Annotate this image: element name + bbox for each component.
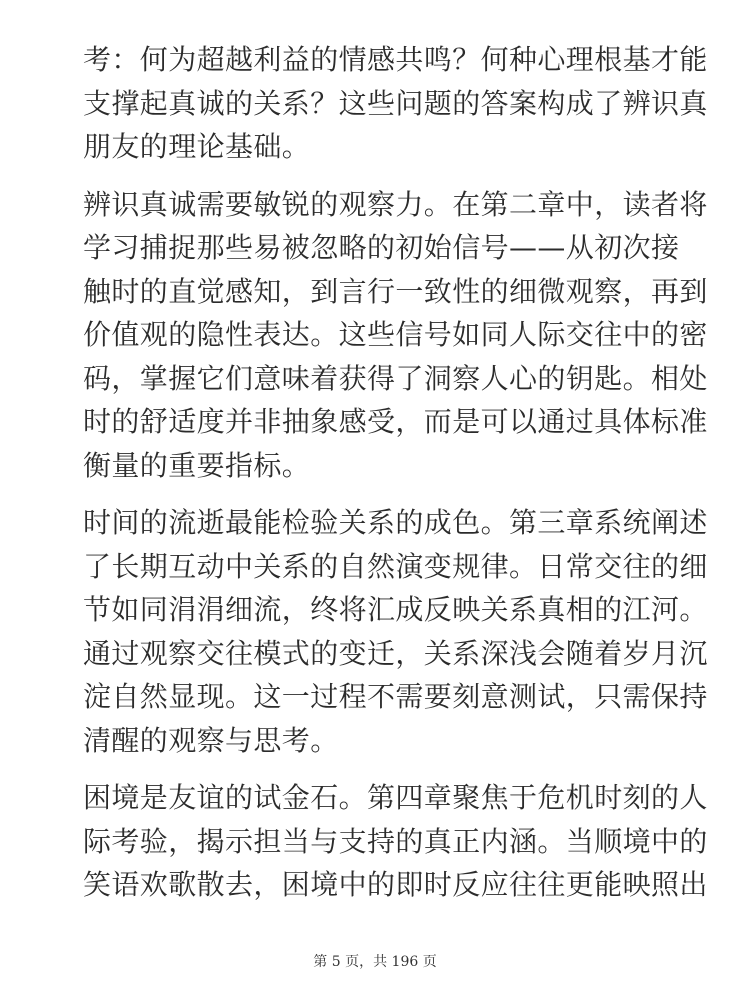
text-line: 困境是友谊的试金石。第四章聚焦于危机时刻的人 [83, 776, 669, 820]
text-line: 笑语欢歌散去，困境中的即时反应往往更能映照出 [83, 863, 669, 907]
text-line: 辨识真诚需要敏锐的观察力。在第二章中，读者将 [83, 183, 669, 227]
paragraph-3: 时间的流逝最能检验关系的成色。第三章系统阐述 了长期互动中关系的自然演变规律。日… [83, 501, 669, 762]
text-line: 朋友的理论基础。 [83, 125, 669, 169]
paragraph-4: 困境是友谊的试金石。第四章聚焦于危机时刻的人 际考验，揭示担当与支持的真正内涵。… [83, 776, 669, 907]
text-line: 衡量的重要指标。 [83, 444, 669, 488]
text-line: 学习捕捉那些易被忽略的初始信号——从初次接 [83, 226, 669, 270]
paragraph-1: 考：何为超越利益的情感共鸣？何种心理根基才能 支撑起真诚的关系？这些问题的答案构… [83, 38, 669, 169]
text-line: 通过观察交往模式的变迁，关系深浅会随着岁月沉 [83, 632, 669, 676]
text-line: 价值观的隐性表达。这些信号如同人际交往中的密 [83, 313, 669, 357]
page-body: 考：何为超越利益的情感共鸣？何种心理根基才能 支撑起真诚的关系？这些问题的答案构… [83, 38, 669, 921]
text-line: 时间的流逝最能检验关系的成色。第三章系统阐述 [83, 501, 669, 545]
text-line: 支撑起真诚的关系？这些问题的答案构成了辨识真 [83, 82, 669, 126]
text-line: 了长期互动中关系的自然演变规律。日常交往的细 [83, 545, 669, 589]
text-line: 时的舒适度并非抽象感受，而是可以通过具体标准 [83, 400, 669, 444]
paragraph-2: 辨识真诚需要敏锐的观察力。在第二章中，读者将 学习捕捉那些易被忽略的初始信号——… [83, 183, 669, 488]
text-line: 节如同涓涓细流，终将汇成反映关系真相的江河。 [83, 588, 669, 632]
text-line: 淀自然显现。这一过程不需要刻意测试，只需保持 [83, 675, 669, 719]
text-line: 清醒的观察与思考。 [83, 719, 669, 763]
text-line: 际考验，揭示担当与支持的真正内涵。当顺境中的 [83, 820, 669, 864]
text-line: 码，掌握它们意味着获得了洞察人心的钥匙。相处 [83, 357, 669, 401]
text-line: 触时的直觉感知，到言行一致性的细微观察，再到 [83, 270, 669, 314]
page-footer: 第 5 页，共 196 页 [0, 951, 750, 971]
text-line: 考：何为超越利益的情感共鸣？何种心理根基才能 [83, 38, 669, 82]
page-indicator: 第 5 页，共 196 页 [313, 954, 436, 970]
